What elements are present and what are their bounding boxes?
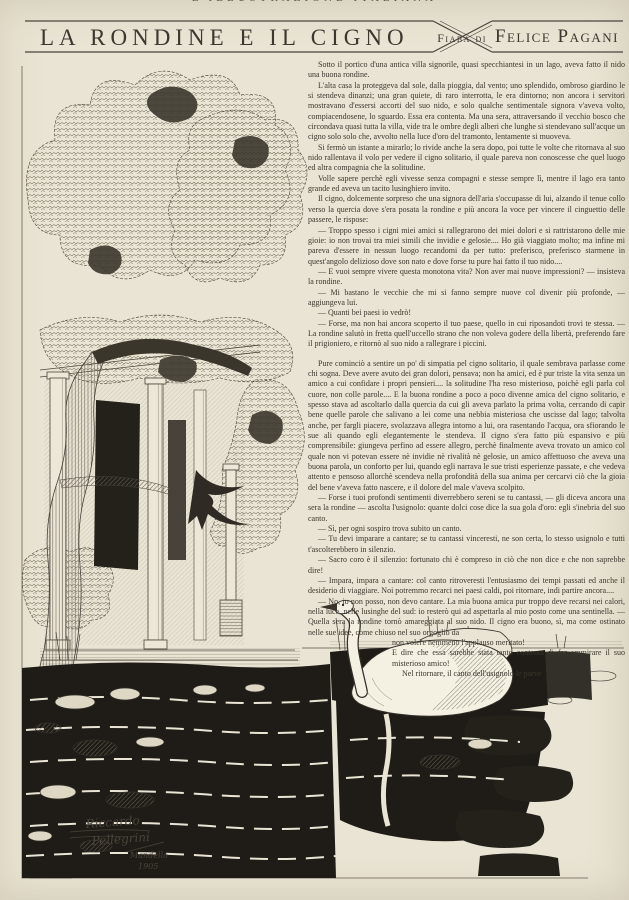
story-paragraph: — Tu devi imparare a cantare; se tu cant…: [308, 534, 625, 555]
water-highlights: [26, 697, 520, 859]
swan-reflection: [383, 714, 389, 826]
story-paragraph: Sotto il portico d'una antica villa sign…: [308, 60, 625, 81]
story-paragraph: — Quanti bei paesi io vedrò!: [308, 308, 625, 318]
byline-prefix: Fiaba di: [437, 31, 487, 46]
magazine-page: L'ILLUSTRAZIONE ITALIANA LA RONDINE E IL…: [0, 0, 629, 900]
water-reflections: [455, 715, 573, 876]
story-paragraph: — Forse, ma non hai ancora scoperto il t…: [308, 319, 625, 350]
portico-columns: [46, 372, 242, 650]
signature-first-name: Riccardo: [84, 813, 140, 831]
story-paragraph: — E vuoi sempre vivere questa monotona v…: [308, 267, 625, 288]
story-paragraph: — Sacro coro è il silenzio: fortunato ch…: [308, 555, 625, 576]
signature-year: 1905: [138, 862, 158, 871]
dark-leaf-clusters: [88, 87, 283, 444]
tree-foliage: [22, 71, 307, 629]
story-paragraph: — Sì, per ogni sospiro trova subito un c…: [308, 524, 625, 534]
story-paragraph: — No, io non posso, non devo cantare. La…: [308, 597, 625, 638]
signature-flourish: [70, 830, 164, 852]
story-paragraph: — Forse i tuoi profondi sentimenti diver…: [308, 493, 625, 524]
swan-breast-shading: [366, 678, 392, 706]
story-paragraph: — Impara, impara a cantare: col canto ri…: [308, 576, 625, 597]
tree-trunk: [30, 339, 252, 878]
lily-pads: [28, 671, 616, 852]
story-title: LA RONDINE E IL CIGNO: [40, 25, 409, 51]
story-paragraph: Volle sapere perchè egli vivesse senza c…: [308, 174, 625, 195]
illustration-wrap-spacer: [308, 638, 392, 682]
swallow-figure: [188, 470, 250, 530]
story-paragraph: Pure cominciò a sentire un po' di simpat…: [308, 359, 625, 493]
portico: [38, 345, 304, 686]
tree-branch-low: [60, 476, 170, 494]
cornice: [40, 345, 260, 377]
story-paragraph: Il cigno, dolcemente sorpreso che una si…: [308, 194, 625, 225]
story-paragraph: — Mi bastano le vecchie che mi si fanno …: [308, 288, 625, 309]
story-text: Sotto il portico d'una antica villa sign…: [308, 60, 625, 682]
inner-shadow: [168, 420, 186, 560]
signature-last-name: Pellegrini: [90, 830, 150, 848]
story-paragraph: L'alta casa la proteggeva dal sole, dall…: [308, 81, 625, 143]
signature-place: Mandello: [129, 851, 168, 860]
byline-author: Felice Pagani: [495, 26, 619, 48]
tree-branch: [92, 339, 252, 376]
steps: [38, 648, 304, 686]
column-shading: [60, 378, 206, 640]
story-byline: Fiaba di Felice Pagani: [437, 26, 619, 48]
story-paragraph: Si fermò un istante a mirarlo; lo rivide…: [308, 143, 625, 174]
story-paragraph: — Troppo spesso i cigni miei amici si ra…: [308, 226, 625, 267]
artist-signature: Riccardo Pellegrini Mandello 1905: [70, 813, 168, 871]
doorway-shadow: [94, 400, 140, 570]
